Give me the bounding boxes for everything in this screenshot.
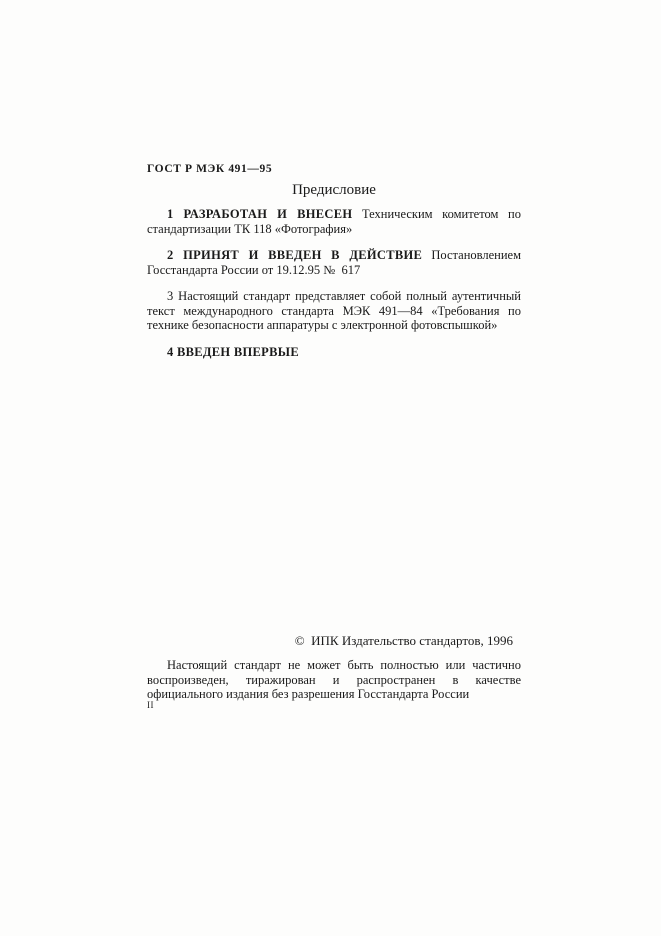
preface-item-1: 1 РАЗРАБОТАН И ВНЕСЕН Техническим комите…: [147, 207, 521, 236]
preface-item-4-lead: 4 ВВЕДЕН ВПЕРВЫЕ: [167, 345, 299, 359]
page-title: Предисловие: [147, 182, 521, 199]
legal-notice: Настоящий стандарт не может быть полност…: [147, 658, 521, 702]
preface-item-4: 4 ВВЕДЕН ВПЕРВЫЕ: [147, 345, 521, 360]
copyright-text: © ИПК Издательство стандартов, 1996: [295, 633, 521, 648]
copyright-line: © ИПК Издательство стандартов, 1996: [147, 633, 521, 649]
document-page: ГОСТ Р МЭК 491—95 Предисловие 1 РАЗРАБОТ…: [0, 0, 661, 936]
preface-item-1-lead: 1 РАЗРАБОТАН И ВНЕСЕН: [167, 207, 352, 221]
page-number: II: [147, 700, 154, 710]
preface-body: 1 РАЗРАБОТАН И ВНЕСЕН Техническим комите…: [147, 207, 521, 371]
preface-item-3: 3 Настоящий стандарт представляет собой …: [147, 289, 521, 333]
preface-item-2-lead: 2 ПРИНЯТ И ВВЕДЕН В ДЕЙСТВИЕ: [167, 248, 422, 262]
preface-item-3-text: 3 Настоящий стандарт представляет собой …: [147, 289, 521, 332]
preface-item-2: 2 ПРИНЯТ И ВВЕДЕН В ДЕЙСТВИЕ Постановлен…: [147, 248, 521, 277]
standard-designation: ГОСТ Р МЭК 491—95: [147, 163, 272, 175]
